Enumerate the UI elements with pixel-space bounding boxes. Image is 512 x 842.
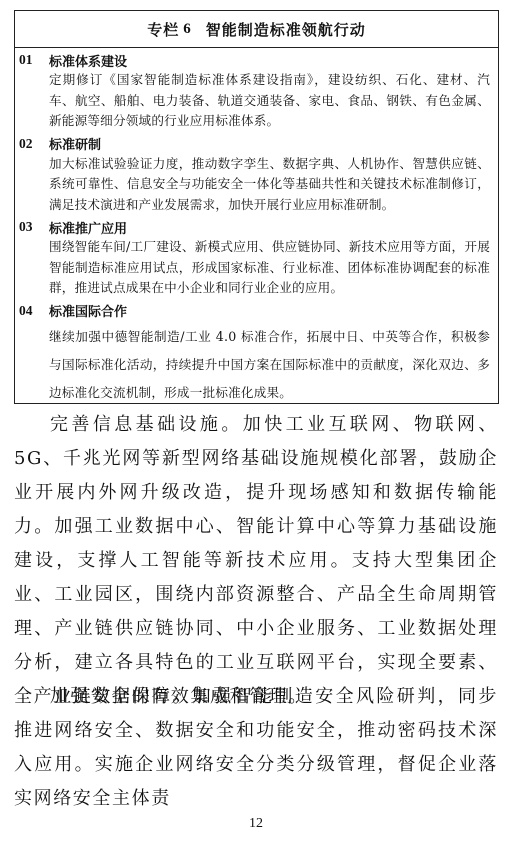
box-section-01: 01标准体系建设 定期修订《国家智能制造标准体系建设指南》，建设纺织、石化、建材… [15,50,498,132]
section-heading: 标准国际合作 [49,301,127,320]
section-body: 继续加强中德智能制造/工业 4.0 标准合作，拓展中日、中英等合作，积极参与国际… [49,323,498,407]
body-paragraph-infrastructure: 完善信息基础设施。加快工业互联网、物联网、5G、千兆光网等新型网络基础设施规模化… [14,408,498,714]
page-number: 12 [0,816,512,832]
section-index: 01 [19,52,49,68]
section-index: 02 [19,136,49,152]
box-section-04: 04标准国际合作 继续加强中德智能制造/工业 4.0 标准合作，拓展中日、中英等… [15,301,498,407]
box-section-02: 02标准研制 加大标准试验验证力度，推动数字孪生、数据字典、人机协作、智慧供应链… [15,134,498,216]
box-section-03: 03标准推广应用 围绕智能车间/工厂建设、新模式应用、供应链协同、新技术应用等方… [15,217,498,299]
feature-box: 专栏 6 智能制造标准领航行动 01标准体系建设 定期修订《国家智能制造标准体系… [14,10,499,404]
box-title-number: 6 [183,21,192,38]
section-index: 03 [19,219,49,235]
section-heading: 标准研制 [49,134,101,153]
section-body: 定期修订《国家智能制造标准体系建设指南》，建设纺织、石化、建材、汽车、航空、船舶… [49,70,498,132]
body-paragraph-security: 加强安全保障。加强智能制造安全风险研判，同步推进网络安全、数据安全和功能安全，推… [14,680,498,816]
section-index: 04 [19,303,49,319]
section-heading: 标准体系建设 [49,51,127,70]
box-title-prefix: 专栏 [147,19,179,40]
box-title-text: 智能制造标准领航行动 [206,19,366,40]
box-title: 专栏 6 智能制造标准领航行动 [15,11,498,48]
section-body: 围绕智能车间/工厂建设、新模式应用、供应链协同、新技术应用等方面，开展智能制造标… [49,237,498,299]
section-heading: 标准推广应用 [49,218,127,237]
section-body: 加大标准试验验证力度，推动数字孪生、数据字典、人机协作、智慧供应链、系统可靠性、… [49,154,498,216]
